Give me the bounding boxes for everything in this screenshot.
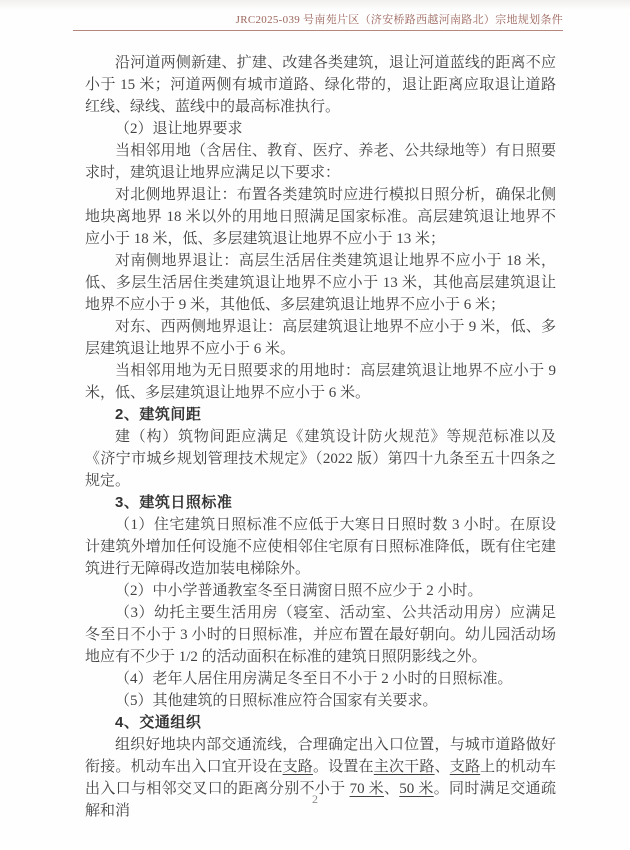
text-segment: 对南侧地界退让：高层生活居住类建筑退让地界不应小于 18 米，低、多层生活居住类… (85, 253, 556, 313)
paragraph: （2）中小学普通教室冬至日满窗日照不应少于 2 小时。 (85, 580, 556, 602)
text-segment: （2）中小学普通教室冬至日满窗日照不应少于 2 小时。 (115, 583, 483, 599)
paragraph: （1）住宅建筑日照标准不应低于大寒日日照时数 3 小时。在原设计建筑外增加任何设… (85, 514, 556, 580)
underlined-term: 支路 (450, 759, 480, 775)
text-segment: （1）住宅建筑日照标准不应低于大寒日日照时数 3 小时。在原设计建筑外增加任何设… (85, 517, 556, 577)
paragraph: （2）退让地界要求 (85, 118, 556, 140)
text-segment: 。设置在 (313, 759, 374, 775)
text-segment: 对东、西两侧地界退让：高层建筑退让地界不应小于 9 米，低、多层建筑退让地界不应… (85, 319, 556, 357)
section-heading: 3、建筑日照标准 (85, 492, 556, 514)
text-segment: 当相邻用地（含居住、教育、医疗、养老、公共绿地等）有日照要求时，建筑退让地界应满… (85, 143, 556, 181)
text-segment: 建（构）筑物间距应满足《建筑设计防火规范》等规范标准以及《济宁市城乡规划管理技术… (85, 429, 556, 489)
paragraph: 对南侧地界退让：高层生活居住类建筑退让地界不应小于 18 米，低、多层生活居住类… (85, 250, 556, 316)
text-segment: 沿河道两侧新建、扩建、改建各类建筑，退让河道蓝线的距离不应小于 15 米；河道两… (85, 55, 556, 115)
text-segment: 2、建筑间距 (115, 406, 201, 423)
paragraph: （3）幼托主要生活用房（寝室、活动室、公共活动用房）应满足冬至日不小于 3 小时… (85, 602, 556, 668)
paragraph: 当相邻用地为无日照要求的用地时：高层建筑退让地界不应小于 9 米，低、多层建筑退… (85, 360, 556, 404)
section-heading: 4、交通组织 (85, 712, 556, 734)
document-header-title: JRC2025-039 号南苑片区（济安桥路西越河南路北）宗地规划条件 (73, 11, 563, 27)
text-segment: 对北侧地界退让：布置各类建筑时应进行模拟日照分析，确保北侧地块离地界 18 米以… (85, 187, 556, 247)
text-segment: 4、交通组织 (115, 714, 201, 731)
paragraph: 组织好地块内部交通流线，合理确定出入口位置，与城市道路做好衔接。机动车出入口宜开… (85, 734, 556, 822)
text-segment: （2）退让地界要求 (115, 121, 243, 137)
paragraph: 沿河道两侧新建、扩建、改建各类建筑，退让河道蓝线的距离不应小于 15 米；河道两… (85, 52, 556, 118)
text-segment: （5）其他建筑的日照标准应符合国家有关要求。 (115, 693, 438, 709)
underlined-term: 支路 (283, 759, 313, 775)
underlined-term: 主次干路 (374, 759, 435, 775)
text-segment: （4）老年人居住用房满足冬至日不小于 2 小时的日照标准。 (115, 671, 513, 687)
document-body: 沿河道两侧新建、扩建、改建各类建筑，退让河道蓝线的距离不应小于 15 米；河道两… (85, 52, 556, 822)
section-heading: 2、建筑间距 (85, 404, 556, 426)
text-segment: （3）幼托主要生活用房（寝室、活动室、公共活动用房）应满足冬至日不小于 3 小时… (85, 605, 556, 665)
text-segment: 3、建筑日照标准 (115, 494, 232, 511)
paragraph: （4）老年人居住用房满足冬至日不小于 2 小时的日照标准。 (85, 668, 556, 690)
paragraph: （5）其他建筑的日照标准应符合国家有关要求。 (85, 690, 556, 712)
paragraph: 当相邻用地（含居住、教育、医疗、养老、公共绿地等）有日照要求时，建筑退让地界应满… (85, 140, 556, 184)
page-number: 2 (0, 792, 630, 807)
paragraph: 对东、西两侧地界退让：高层建筑退让地界不应小于 9 米，低、多层建筑退让地界不应… (85, 316, 556, 360)
header-rule (73, 30, 563, 31)
text-segment: 当相邻用地为无日照要求的用地时：高层建筑退让地界不应小于 9 米，低、多层建筑退… (85, 363, 556, 401)
paragraph: 对北侧地界退让：布置各类建筑时应进行模拟日照分析，确保北侧地块离地界 18 米以… (85, 184, 556, 250)
text-segment: 、 (435, 759, 450, 775)
document-page: JRC2025-039 号南苑片区（济安桥路西越河南路北）宗地规划条件 沿河道两… (0, 0, 630, 850)
paragraph: 建（构）筑物间距应满足《建筑设计防火规范》等规范标准以及《济宁市城乡规划管理技术… (85, 426, 556, 492)
